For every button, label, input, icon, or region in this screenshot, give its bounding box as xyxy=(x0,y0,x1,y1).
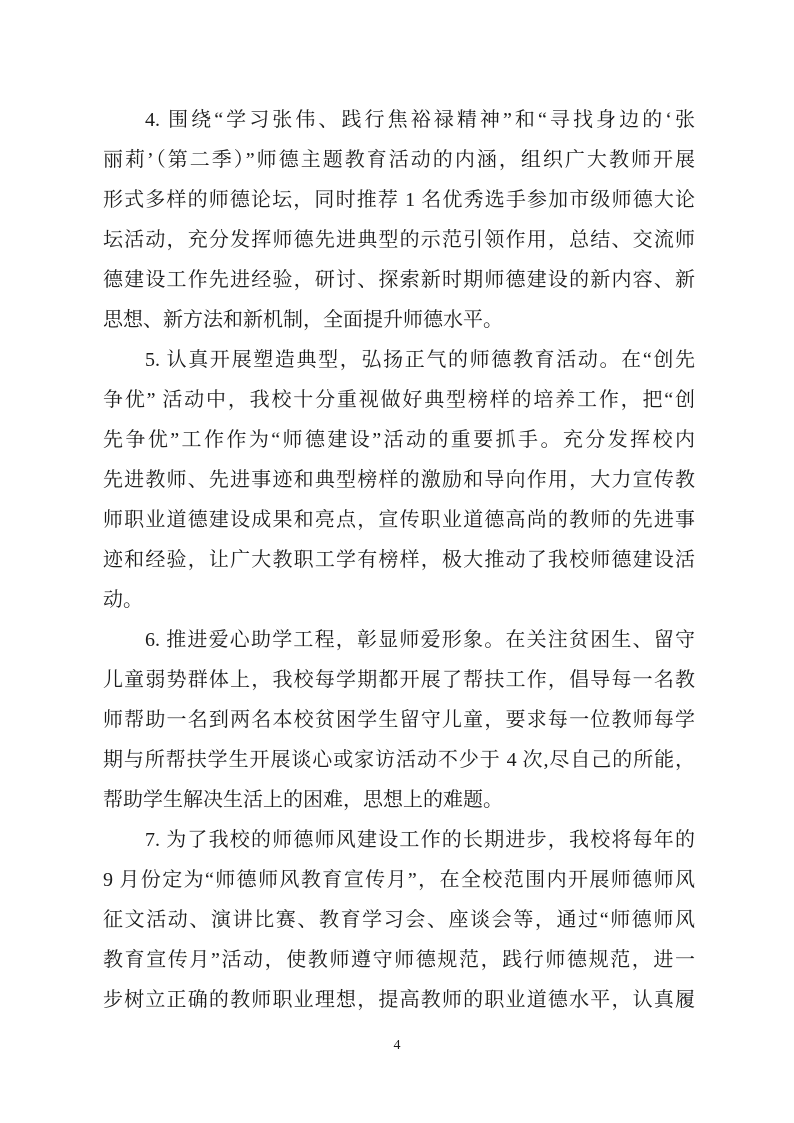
text-line: 7. 为了我校的师德师风建设工作的长期进步，我校将每年的 xyxy=(103,820,695,860)
text-line: 动。 xyxy=(103,580,695,620)
text-line: 5. 认真开展塑造典型，弘扬正气的师德教育活动。在“创先 xyxy=(103,340,695,380)
document-body: 4. 围绕“学习张伟、践行焦裕禄精神”和“寻找身边的‘张 丽莉’（第二季）”师德… xyxy=(103,100,695,1020)
page-footer: 4 xyxy=(0,1036,794,1055)
page-number: 4 xyxy=(394,1038,401,1053)
text-line: 征文活动、演讲比赛、教育学习会、座谈会等，通过“师德师风 xyxy=(103,900,695,940)
text-line: 形式多样的师德论坛，同时推荐 1 名优秀选手参加市级师德大论 xyxy=(103,180,695,220)
text-line: 思想、新方法和新机制，全面提升师德水平。 xyxy=(103,300,695,340)
text-line: 教育宣传月”活动，使教师遵守师德规范，践行师德规范，进一 xyxy=(103,940,695,980)
text-line: 儿童弱势群体上，我校每学期都开展了帮扶工作，倡导每一名教 xyxy=(103,660,695,700)
text-line: 丽莉’（第二季）”师德主题教育活动的内涵，组织广大教师开展 xyxy=(103,140,695,180)
text-line: 德建设工作先进经验，研讨、探索新时期师德建设的新内容、新 xyxy=(103,260,695,300)
text-line: 先争优”工作作为“师德建设”活动的重要抓手。充分发挥校内 xyxy=(103,420,695,460)
text-line: 帮助学生解决生活上的困难，思想上的难题。 xyxy=(103,780,695,820)
text-line: 6. 推进爱心助学工程，彰显师爱形象。在关注贫困生、留守 xyxy=(103,620,695,660)
text-line: 师职业道德建设成果和亮点，宣传职业道德高尚的教师的先进事 xyxy=(103,500,695,540)
text-line: 期与所帮扶学生开展谈心或家访活动不少于 4 次,尽自己的所能， xyxy=(103,740,695,780)
text-line: 4. 围绕“学习张伟、践行焦裕禄精神”和“寻找身边的‘张 xyxy=(103,100,695,140)
text-line: 步树立正确的教师职业理想，提高教师的职业道德水平，认真履 xyxy=(103,980,695,1020)
text-line: 师帮助一名到两名本校贫困学生留守儿童，要求每一位教师每学 xyxy=(103,700,695,740)
document-page: 4. 围绕“学习张伟、践行焦裕禄精神”和“寻找身边的‘张 丽莉’（第二季）”师德… xyxy=(0,0,794,1123)
text-line: 迹和经验，让广大教职工学有榜样，极大推动了我校师德建设活 xyxy=(103,540,695,580)
text-line: 坛活动，充分发挥师德先进典型的示范引领作用，总结、交流师 xyxy=(103,220,695,260)
text-line: 9 月份定为“师德师风教育宣传月”，在全校范围内开展师德师风 xyxy=(103,860,695,900)
text-line: 争优” 活动中，我校十分重视做好典型榜样的培养工作，把“创 xyxy=(103,380,695,420)
text-line: 先进教师、先进事迹和典型榜样的激励和导向作用，大力宣传教 xyxy=(103,460,695,500)
